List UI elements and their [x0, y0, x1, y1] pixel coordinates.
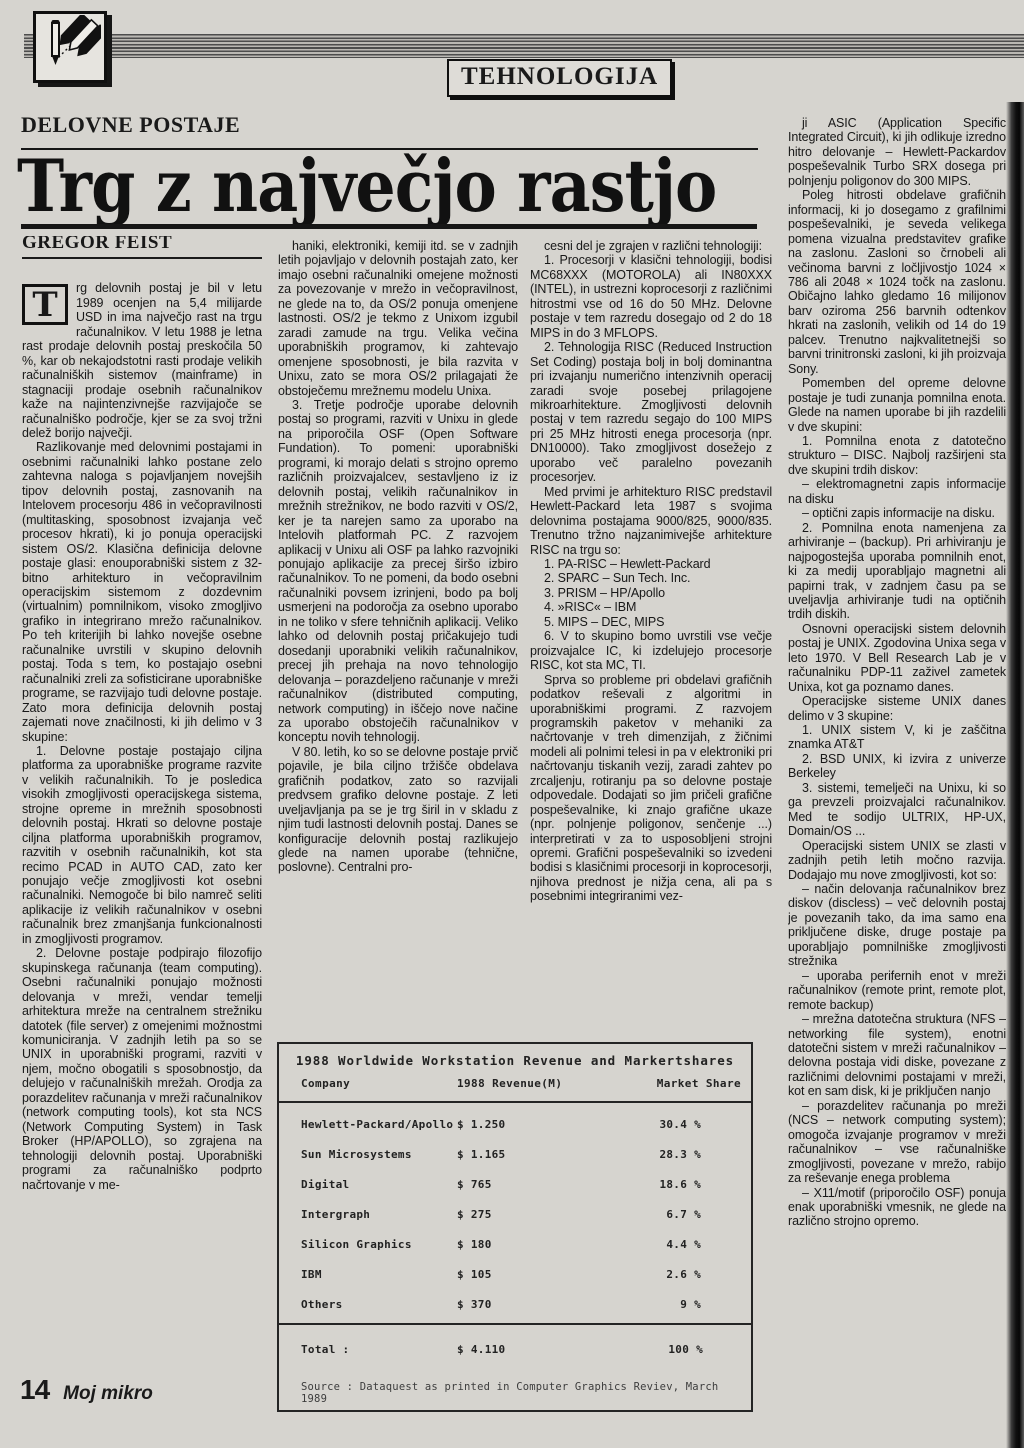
- body-paragraph: – optični zapis informacije na disku.: [788, 506, 1006, 520]
- paragraph-list: cesni del je zgrajen v različni tehnolog…: [530, 239, 772, 904]
- table-row: Digital $ 765 18.6 %: [279, 1170, 751, 1200]
- body-paragraph: 1. UNIX sistem V, ki je zaščitna znamka …: [788, 723, 1006, 752]
- table-header-company: Company: [301, 1077, 350, 1090]
- body-paragraph: ji ASIC (Application Specific Integrated…: [788, 116, 1006, 188]
- article-title: Trg z največjo rastjo: [17, 150, 827, 222]
- author-rule: [22, 257, 262, 259]
- cell-company: Hewlett-Packard/Apollo: [301, 1110, 453, 1140]
- cell-market-share: 18.6 %: [659, 1170, 701, 1200]
- body-paragraph: 2. Pomnilna enota namenjena za arhiviran…: [788, 521, 1006, 622]
- cell-revenue: $ 370: [457, 1290, 492, 1320]
- body-paragraph: – način delovanja računalnikov brez disk…: [788, 882, 1006, 969]
- cell-company: Others: [301, 1290, 343, 1320]
- body-paragraph: – porazdelitev računanja po mreži (NCS –…: [788, 1099, 1006, 1186]
- paragraph-list: Razlikovanje med delovnimi postajami in …: [22, 440, 262, 1192]
- paragraph-list: haniki, elektroniki, kemiji itd. se v za…: [278, 239, 518, 875]
- cell-market-share: 6.7 %: [666, 1200, 701, 1230]
- body-paragraph: cesni del je zgrajen v različni tehnolog…: [530, 239, 772, 253]
- body-paragraph: Operacijski sistem UNIX se zlasti v zadn…: [788, 839, 1006, 882]
- page-footer: 14 Moj mikro: [20, 1374, 153, 1406]
- body-paragraph: Pomemben del opreme delovne postaje je t…: [788, 376, 1006, 434]
- body-paragraph: 1. PA-RISC – Hewlett-Packard: [530, 557, 772, 571]
- cell-company: IBM: [301, 1260, 322, 1290]
- revenue-table: 1988 Worldwide Workstation Revenue and M…: [277, 1042, 753, 1412]
- page-number: 14: [20, 1374, 49, 1406]
- author-byline: GREGOR FEIST: [22, 236, 262, 250]
- table-row: Hewlett-Packard/Apollo $ 1.250 30.4 %: [279, 1110, 751, 1140]
- body-paragraph: 1. Delovne postaje postajajo ciljna plat…: [22, 744, 262, 946]
- table-total-rule: [277, 1323, 753, 1325]
- table-row: Sun Microsystems $ 1.165 28.3 %: [279, 1140, 751, 1170]
- magazine-name: Moj mikro: [63, 1383, 153, 1405]
- pen-and-arrows-icon: [39, 15, 101, 73]
- magazine-page: TEHNOLOGIJA DELOVNE POSTAJE Trg z največ…: [0, 0, 1024, 1448]
- title-rule: [21, 224, 757, 229]
- table-title: 1988 Worldwide Workstation Revenue and M…: [279, 1053, 751, 1068]
- body-paragraph: 6. V to skupino bomo uvrstili vse večje …: [530, 629, 772, 672]
- header-stripes-decoration: [24, 34, 1024, 58]
- body-paragraph: Osnovni operacijski sistem delovnih post…: [788, 622, 1006, 694]
- body-paragraph: 1. Procesorji v klasični tehnologiji, bo…: [530, 253, 772, 340]
- article-kicker: DELOVNE POSTAJE: [21, 112, 240, 138]
- cell-market-share: 4.4 %: [666, 1230, 701, 1260]
- text-column-3: cesni del je zgrajen v različni tehnolog…: [530, 239, 772, 1036]
- body-paragraph: 2. Tehnologija RISC (Reduced Instruction…: [530, 340, 772, 485]
- text-column-4: ji ASIC (Application Specific Integrated…: [788, 116, 1006, 1368]
- cell-revenue: $ 275: [457, 1200, 492, 1230]
- table-row: Silicon Graphics $ 180 4.4 %: [279, 1230, 751, 1260]
- body-paragraph: haniki, elektroniki, kemiji itd. se v za…: [278, 239, 518, 398]
- body-paragraph: Operacijske sisteme UNIX danes delimo v …: [788, 694, 1006, 723]
- body-paragraph: Poleg hitrosti obdelave grafičnih inform…: [788, 188, 1006, 376]
- cell-market-share: 28.3 %: [659, 1140, 701, 1170]
- dropcap: T: [22, 284, 68, 325]
- cell-revenue: $ 180: [457, 1230, 492, 1260]
- text-column-2: haniki, elektroniki, kemiji itd. se v za…: [278, 239, 518, 1036]
- cell-company: Sun Microsystems: [301, 1140, 412, 1170]
- table-rows: Hewlett-Packard/Apollo $ 1.250 30.4 % Su…: [279, 1110, 751, 1320]
- lead-paragraph: Trg delovnih postaj je bil v letu 1989 o…: [22, 281, 262, 440]
- cell-company: Digital: [301, 1170, 349, 1200]
- table-row: Others $ 370 9 %: [279, 1290, 751, 1320]
- body-paragraph: 2. Delovne postaje podpirajo filozofijo …: [22, 946, 262, 1192]
- table-header-rule: [277, 1101, 753, 1103]
- table-header-row: Company 1988 Revenue(M) Market Share: [279, 1077, 751, 1095]
- total-label: Total :: [301, 1335, 349, 1365]
- total-market-share: 100 %: [668, 1335, 703, 1365]
- total-revenue: $ 4.110: [457, 1335, 505, 1365]
- body-paragraph: 4. »RISC« – IBM: [530, 600, 772, 614]
- page-edge-shadow: [1006, 102, 1024, 1448]
- body-paragraph: Razlikovanje med delovnimi postajami in …: [22, 440, 262, 744]
- body-paragraph: Sprva so probleme pri obdelavi grafičnih…: [530, 673, 772, 904]
- table-row: IBM $ 105 2.6 %: [279, 1260, 751, 1290]
- body-paragraph: 2. BSD UNIX, ki izvira z univerze Berkel…: [788, 752, 1006, 781]
- cell-revenue: $ 1.165: [457, 1140, 505, 1170]
- cell-market-share: 9 %: [680, 1290, 701, 1320]
- paragraph-list: ji ASIC (Application Specific Integrated…: [788, 116, 1006, 1229]
- table-source: Source : Dataquest as printed in Compute…: [301, 1381, 743, 1405]
- body-paragraph: 3. Tretje področje uporabe delovnih post…: [278, 398, 518, 745]
- cell-company: Silicon Graphics: [301, 1230, 412, 1260]
- body-paragraph: – X11/motif (priporočilo OSF) ponuja ena…: [788, 1186, 1006, 1229]
- table-total-row: Total : $ 4.110 100 %: [279, 1335, 751, 1365]
- body-paragraph: 3. PRISM – HP/Apollo: [530, 586, 772, 600]
- body-paragraph: 2. SPARC – Sun Tech. Inc.: [530, 571, 772, 585]
- table-header-revenue: 1988 Revenue(M): [457, 1077, 562, 1090]
- cell-revenue: $ 1.250: [457, 1110, 505, 1140]
- table-row: Intergraph $ 275 6.7 %: [279, 1200, 751, 1230]
- text-column-1: GREGOR FEIST Trg delovnih postaj je bil …: [22, 236, 262, 1368]
- cell-revenue: $ 105: [457, 1260, 492, 1290]
- body-paragraph: 5. MIPS – DEC, MIPS: [530, 615, 772, 629]
- cell-revenue: $ 765: [457, 1170, 492, 1200]
- body-paragraph: 1. Pomnilna enota z datotečno strukturo …: [788, 434, 1006, 477]
- cell-company: Intergraph: [301, 1200, 370, 1230]
- cell-market-share: 30.4 %: [659, 1110, 701, 1140]
- section-badge: TEHNOLOGIJA: [447, 59, 672, 97]
- magazine-logo: [33, 11, 107, 83]
- cell-market-share: 2.6 %: [666, 1260, 701, 1290]
- body-paragraph: Med prvimi je arhitekturo RISC predstavi…: [530, 485, 772, 557]
- body-paragraph: – uporaba perifernih enot v mreži računa…: [788, 969, 1006, 1012]
- body-paragraph: V 80. letih, ko so se delovne postaje pr…: [278, 745, 518, 875]
- body-paragraph: – mrežna datotečna struktura (NFS – netw…: [788, 1012, 1006, 1099]
- body-paragraph: 3. sistemi, temelječi na Unixu, ki so ga…: [788, 781, 1006, 839]
- table-header-market-share: Market Share: [657, 1077, 741, 1090]
- body-paragraph: – elektromagnetni zapis informacije na d…: [788, 477, 1006, 506]
